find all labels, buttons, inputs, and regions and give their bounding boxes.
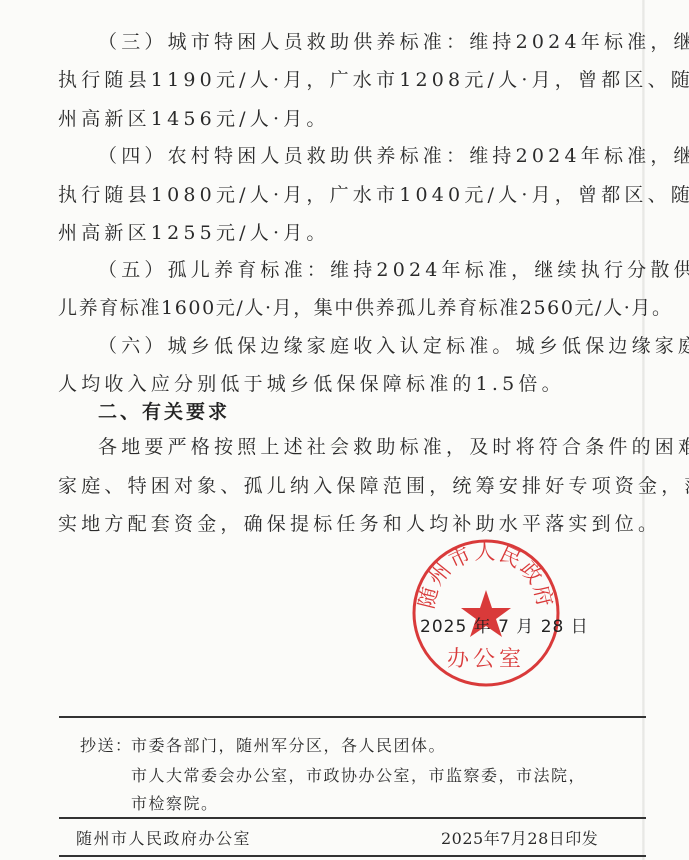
issuer-name: 随州市人民政府办公室 — [76, 826, 251, 849]
section-3-line-1: （三）城市特困人员救助供养标准：维持2024年标准，继续 — [98, 30, 688, 54]
section-4-line-2: 执行随县1080元/人·月，广水市1040元/人·月，曾都区、随 — [58, 183, 648, 207]
issue-date: 2025年7月28日印发 — [441, 826, 598, 849]
footer-middle-rule — [59, 817, 646, 819]
requirements-line-3: 实地方配套资金，确保提标任务和人均补助水平落实到位。 — [58, 512, 648, 536]
section-5-line-1: （五）孤儿养育标准：维持2024年标准，继续执行分散供养孤 — [98, 258, 688, 282]
footer-bottom-rule — [59, 855, 646, 857]
section-3-line-2: 执行随县1190元/人·月，广水市1208元/人·月，曾都区、随 — [58, 68, 648, 92]
svg-text:办公室: 办公室 — [447, 647, 525, 672]
cc-line-1: 市委各部门，随州军分区，各人民团体。 — [131, 733, 446, 756]
section-4-line-1: （四）农村特困人员救助供养标准：维持2024年标准，继续 — [98, 144, 688, 168]
section-4-line-3: 州高新区1255元/人·月。 — [58, 221, 648, 245]
section-6-line-2: 人均收入应分别低于城乡低保保障标准的1.5倍。 — [58, 372, 648, 396]
section-heading-requirements: 二、有关要求 — [98, 397, 230, 424]
signature-date: 2025 年 7 月 28 日 — [420, 612, 589, 637]
footer-top-rule — [59, 716, 646, 718]
cc-label: 抄送： — [80, 733, 133, 756]
section-5-line-2: 儿养育标准1600元/人·月，集中供养孤儿养育标准2560元/人·月。 — [58, 296, 648, 320]
requirements-line-2: 家庭、特困对象、孤儿纳入保障范围，统筹安排好专项资金，落 — [58, 474, 648, 498]
cc-line-2: 市人大常委会办公室，市政协办公室，市监察委，市法院， — [131, 763, 586, 786]
section-3-line-3: 州高新区1456元/人·月。 — [58, 107, 648, 131]
section-6-line-1: （六）城乡低保边缘家庭收入认定标准。城乡低保边缘家庭 — [98, 334, 688, 358]
requirements-line-1: 各地要严格按照上述社会救助标准，及时将符合条件的困难 — [98, 435, 688, 459]
cc-line-3: 市检察院。 — [131, 791, 219, 814]
